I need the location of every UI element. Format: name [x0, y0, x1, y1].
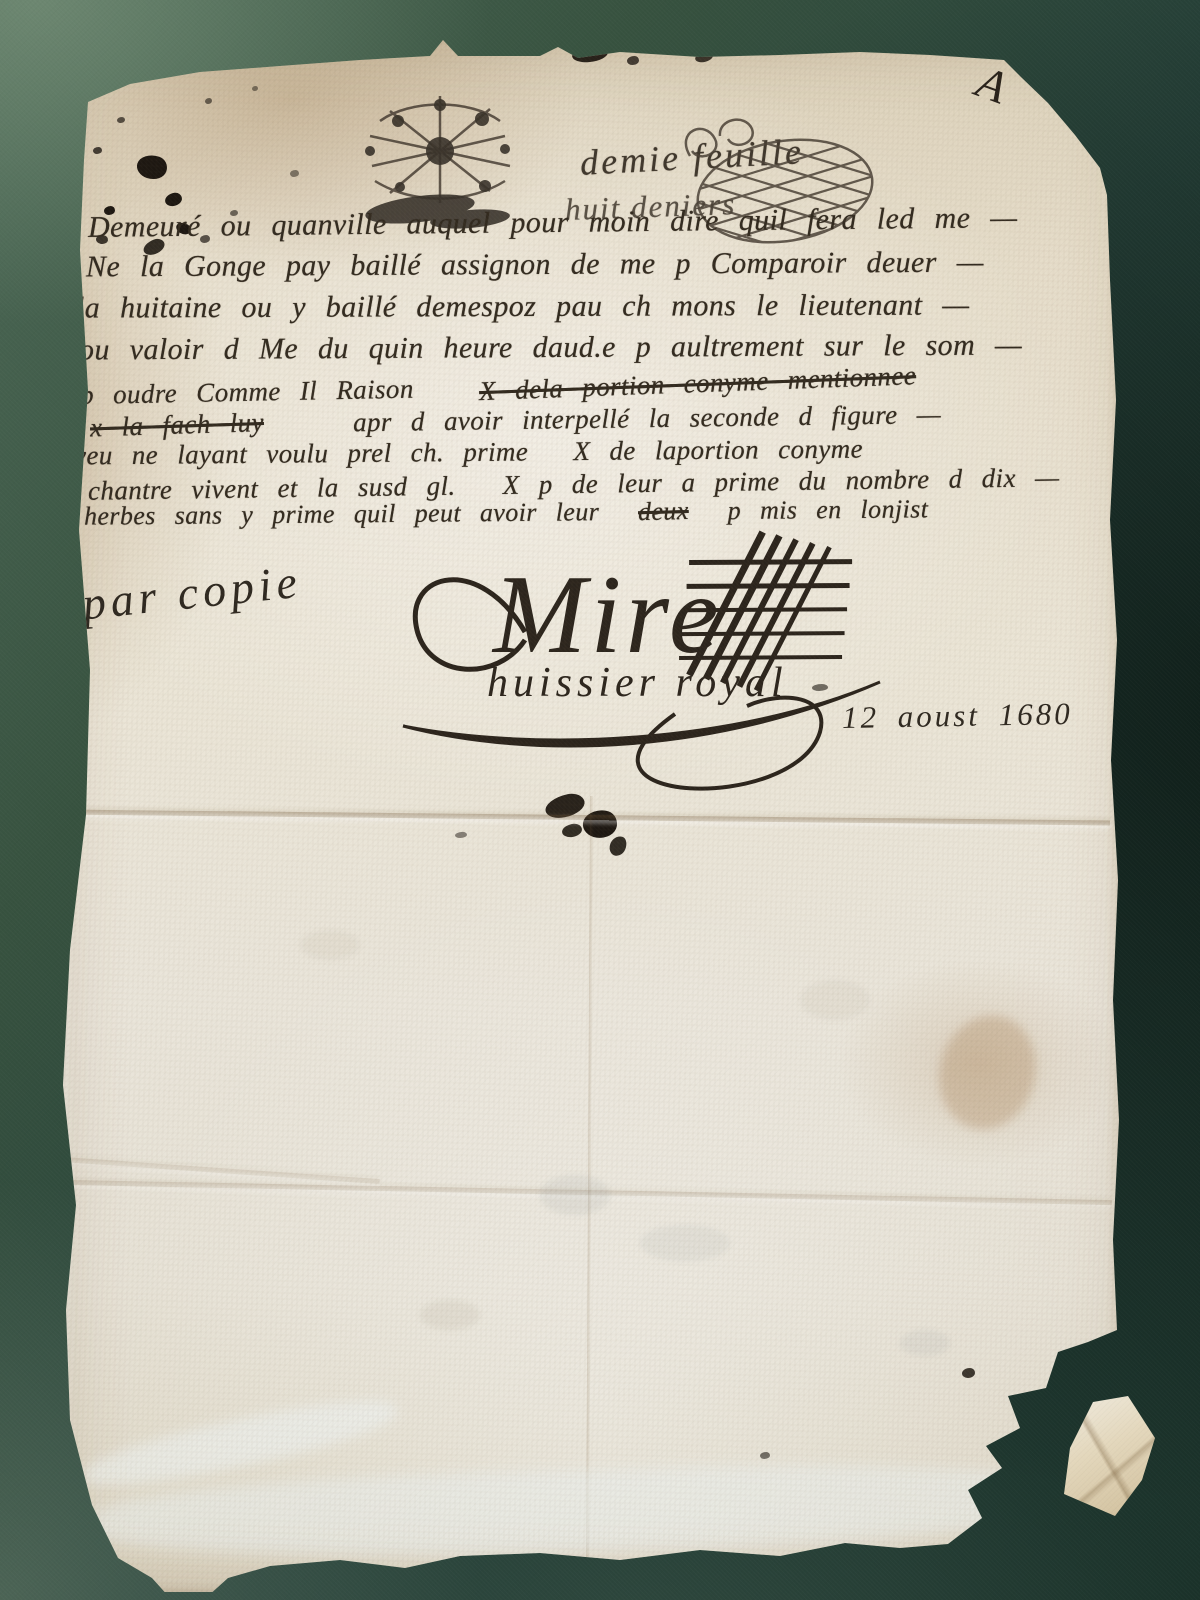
paper-stain — [927, 1005, 1049, 1141]
ink-blot — [962, 1368, 975, 1378]
fold-line-vertical — [586, 796, 593, 1566]
bottom-light-band — [79, 1387, 402, 1499]
paper-stain — [800, 980, 870, 1020]
ink-smudge — [581, 808, 619, 840]
manuscript-text: X de laportion conyme — [573, 434, 863, 468]
ink-blot — [694, 51, 713, 64]
ink-smudge — [561, 823, 582, 838]
manuscript-line: la huitaine ou y baillé demespoz pau ch … — [76, 288, 970, 325]
ink-blot — [627, 56, 639, 65]
ink-blot — [760, 1452, 770, 1459]
date-note: 12 aoust 1680 — [842, 696, 1073, 736]
signature-title: huissier royal — [487, 660, 788, 706]
photo-background: { "photo": { "background_color": "#2a443… — [0, 0, 1200, 1600]
document-photo: demie feuille huit deniers A — [0, 0, 1200, 1600]
ink-blot — [571, 44, 608, 63]
signature-block: Mire huissier royal — [375, 514, 915, 804]
ink-smudge — [608, 834, 629, 857]
torn-paper-flap — [1050, 1385, 1165, 1525]
manuscript-line: Ne la Gonge pay baillé assignon de me p … — [86, 246, 984, 285]
manuscript-text: la huitaine ou y baillé demespoz pau ch … — [76, 288, 970, 325]
manuscript-text: Ne la Gonge pay baillé assignon de me p … — [86, 246, 984, 285]
ink-blot — [117, 117, 125, 123]
paper-stain — [640, 1225, 730, 1261]
ink-blot — [205, 98, 212, 104]
paper-sheet: demie feuille huit deniers A — [50, 36, 1142, 1592]
ink-blot — [134, 151, 170, 183]
struck-text: x la fach luy — [90, 407, 265, 443]
fold-line-horizontal — [62, 1180, 1112, 1205]
closing-note: par copie — [80, 555, 304, 631]
fold-line-crease — [60, 1157, 380, 1184]
bottom-light-band — [94, 1457, 1076, 1563]
ink-smudge — [455, 832, 467, 839]
paper-stain — [540, 1175, 610, 1215]
paper-stain — [900, 1330, 950, 1356]
manuscript-text: p oudre Comme Il Raison — [80, 374, 414, 411]
paper-stain — [420, 1300, 480, 1330]
corner-mark: A — [970, 55, 1015, 114]
manuscript-text: apr d avoir interpellé la seconde d figu… — [353, 399, 941, 438]
paper-stain — [300, 930, 360, 960]
ink-blot — [252, 86, 258, 91]
ink-blot — [164, 192, 183, 207]
ink-blot — [93, 147, 102, 154]
manuscript-text: veu ne layant voulu prel ch. prime — [74, 436, 529, 471]
